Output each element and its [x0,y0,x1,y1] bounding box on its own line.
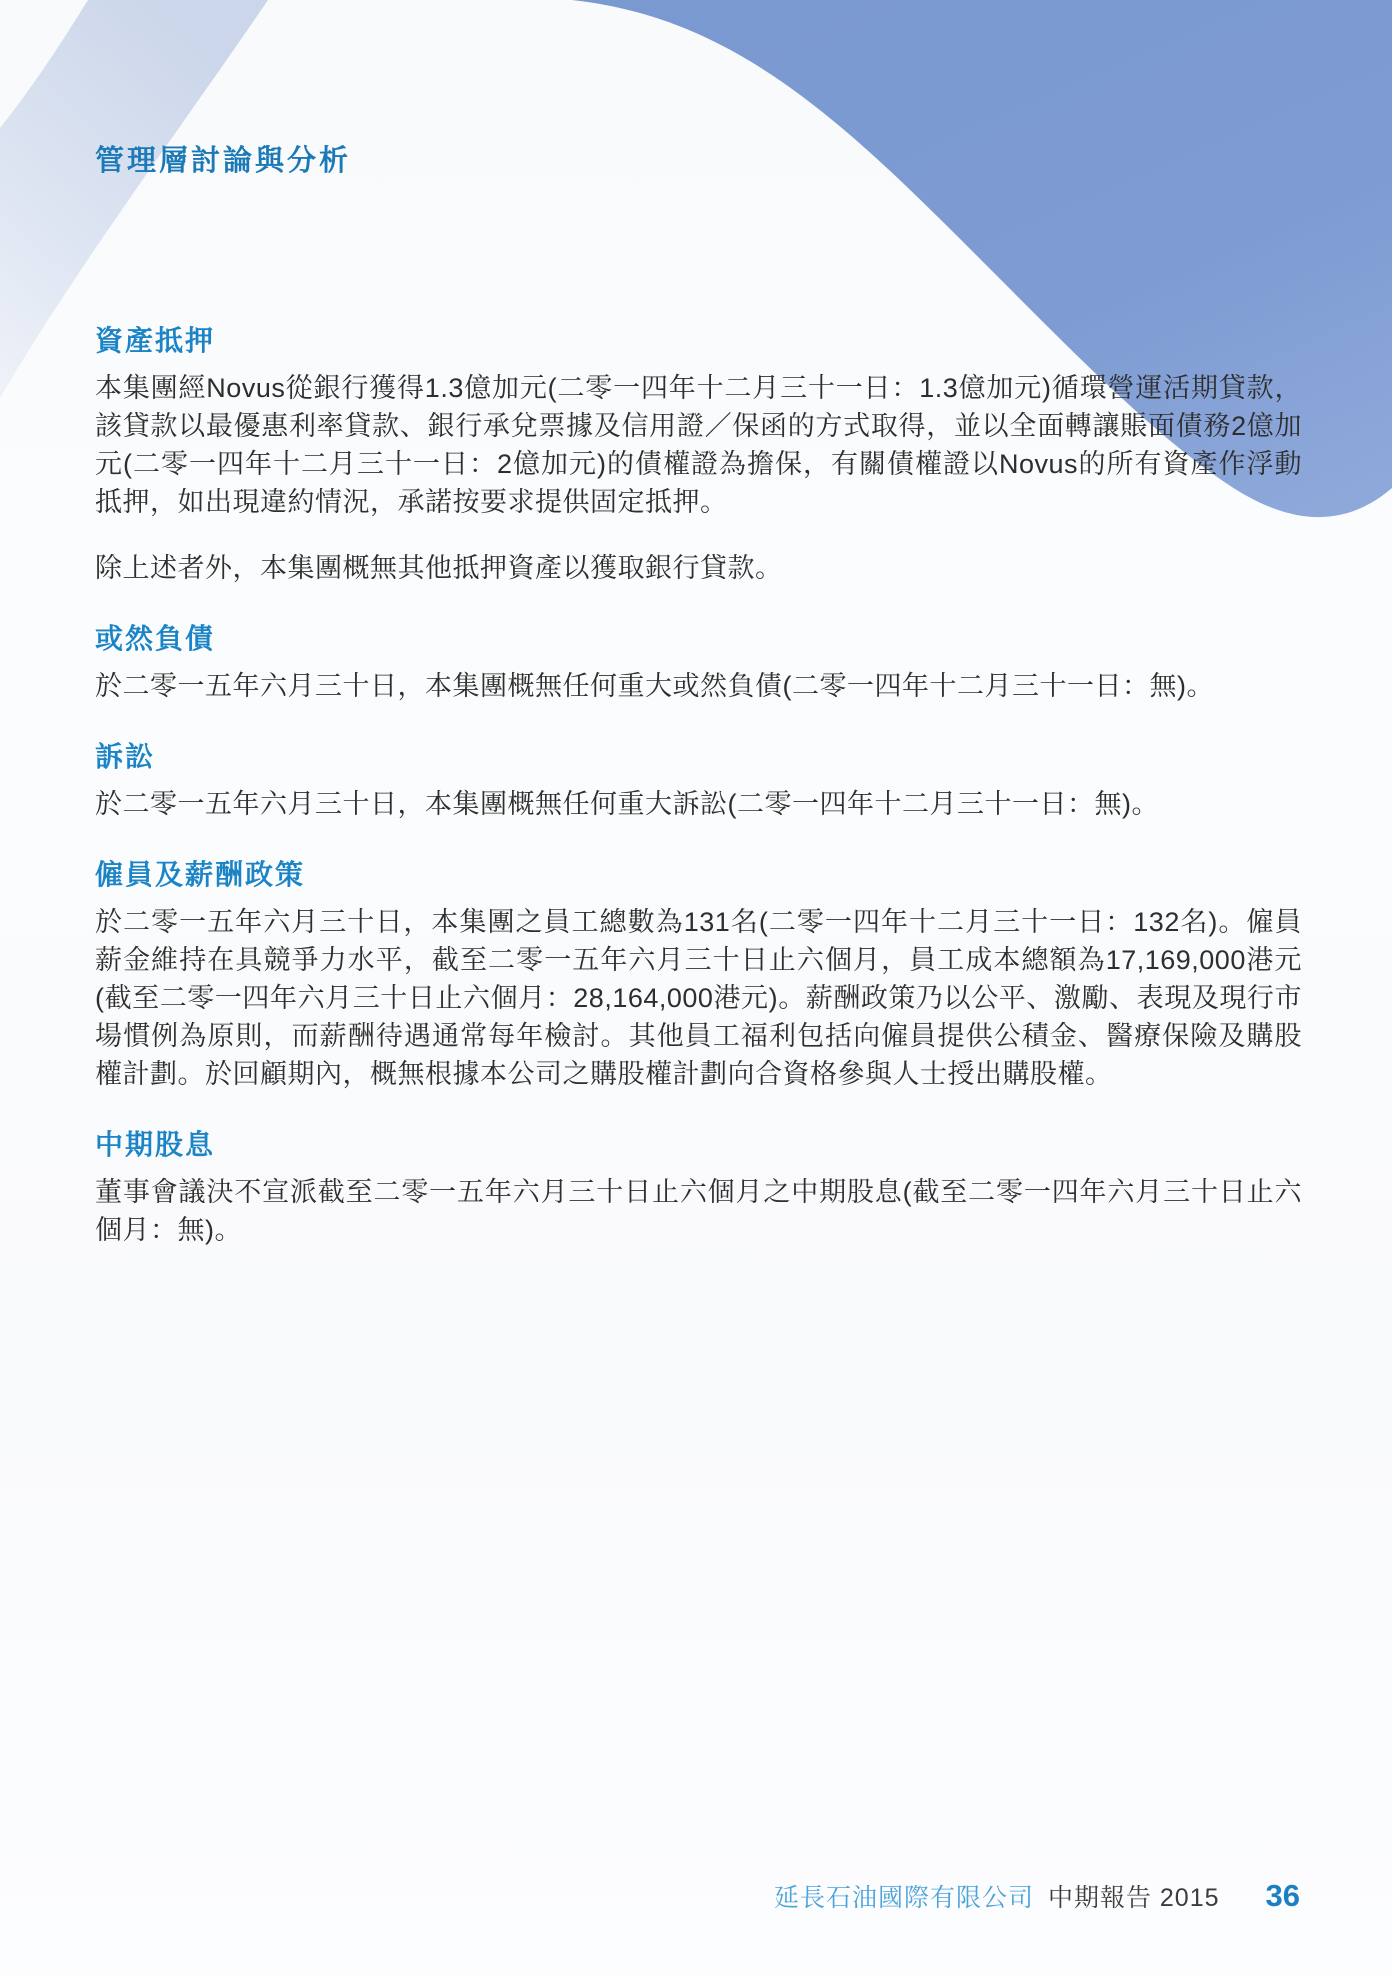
section-heading: 或然負債 [95,623,1302,655]
report-page: 管理層討論與分析 資產抵押 本集團經Novus從銀行獲得1.3億加元(二零一四年… [0,0,1392,1976]
report-section: 或然負債 於二零一五年六月三十日，本集團概無任何重大或然負債(二零一四年十二月三… [95,623,1302,705]
page-title: 管理層討論與分析 [95,138,351,179]
footer-report-title: 中期報告 2015 [1048,1878,1220,1914]
section-heading: 資產抵押 [95,325,1302,357]
section-heading: 僱員及薪酬政策 [95,859,1302,891]
report-section: 中期股息 董事會議決不宣派截至二零一五年六月三十日止六個月之中期股息(截至二零一… [95,1129,1302,1249]
report-section: 僱員及薪酬政策 於二零一五年六月三十日，本集團之員工總數為131名(二零一四年十… [95,859,1302,1093]
report-section: 資產抵押 本集團經Novus從銀行獲得1.3億加元(二零一四年十二月三十一日：1… [95,325,1302,587]
sections-container: 資產抵押 本集團經Novus從銀行獲得1.3億加元(二零一四年十二月三十一日：1… [95,325,1302,1249]
section-paragraph: 於二零一五年六月三十日，本集團概無任何重大或然負債(二零一四年十二月三十一日：無… [95,667,1302,705]
footer-company-name: 延長石油國際有限公司 [774,1878,1034,1914]
section-heading: 中期股息 [95,1129,1302,1161]
section-paragraph: 除上述者外，本集團概無其他抵押資產以獲取銀行貸款。 [95,549,1302,587]
section-paragraph: 本集團經Novus從銀行獲得1.3億加元(二零一四年十二月三十一日：1.3億加元… [95,369,1302,521]
section-paragraph: 於二零一五年六月三十日，本集團之員工總數為131名(二零一四年十二月三十一日：1… [95,903,1302,1093]
footer-page-number: 36 [1266,1878,1300,1914]
content-area: 資產抵押 本集團經Novus從銀行獲得1.3億加元(二零一四年十二月三十一日：1… [95,325,1302,1285]
page-footer: 延長石油國際有限公司 中期報告 2015 36 [774,1878,1300,1914]
section-heading: 訴訟 [95,741,1302,773]
report-section: 訴訟 於二零一五年六月三十日，本集團概無任何重大訴訟(二零一四年十二月三十一日：… [95,741,1302,823]
section-paragraph: 於二零一五年六月三十日，本集團概無任何重大訴訟(二零一四年十二月三十一日：無)。 [95,785,1302,823]
section-paragraph: 董事會議決不宣派截至二零一五年六月三十日止六個月之中期股息(截至二零一四年六月三… [95,1173,1302,1249]
